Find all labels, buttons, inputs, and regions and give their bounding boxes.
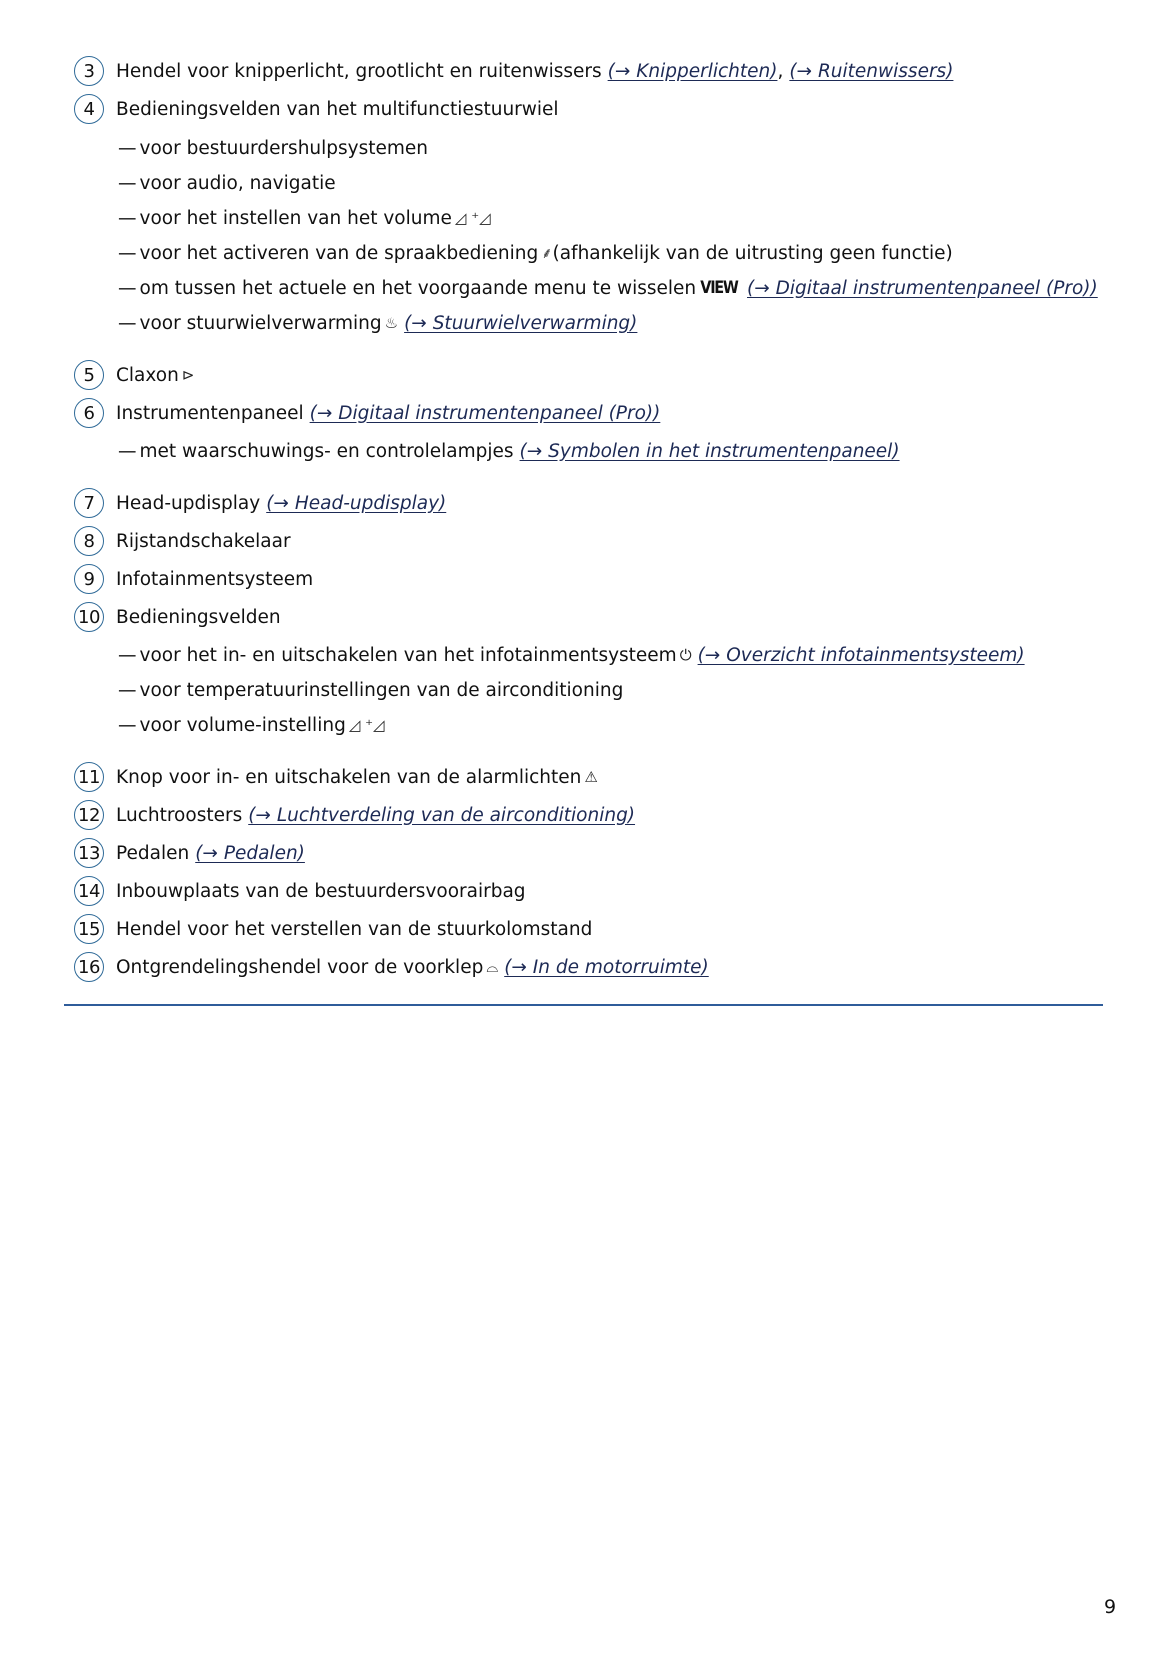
item-text: Ontgrendelingshendel voor de voorklep [116,957,483,978]
callout-number: 13 [74,838,104,868]
dash: — [118,441,137,462]
subitem-text: met waarschuwings- en controlelampjes [140,441,514,462]
callout-number: 5 [74,360,104,390]
subitem: — voor bestuurdershulpsystemen [118,131,428,165]
callout-number: 16 [74,952,104,982]
subitem-text: voor audio, navigatie [140,173,336,194]
link-digitaal-instrumentenpaneel[interactable]: (→ Digitaal instrumentenpaneel (Pro)) [310,403,661,424]
subitem-suffix: (afhankelijk van de uitrusting geen func… [553,243,953,264]
link-motorruimte[interactable]: (→ In de motorruimte) [504,957,709,978]
legend-item-5: 5 Claxon ⊳ [74,358,194,392]
item-text: Inbouwplaats van de bestuurdersvoorairba… [116,881,526,902]
callout-number: 11 [74,762,104,792]
item-text: Luchtroosters [116,805,242,826]
dash: — [118,715,137,736]
legend-item-11: 11 Knop voor in- en uitschakelen van de … [74,760,598,794]
legend-item-9: 9 Infotainmentsysteem [74,562,313,596]
dash: — [118,278,137,299]
callout-number: 12 [74,800,104,830]
dash: — [118,680,137,701]
hazard-warning-icon: ⚠ [584,768,597,786]
legend-item-15: 15 Hendel voor het verstellen van de stu… [74,912,592,946]
item-text: Rijstandschakelaar [116,531,291,552]
link-separator: , [777,61,783,82]
volume-down-up-icon: ◿ ⁺◿ [455,209,491,227]
section-divider [64,1004,1103,1006]
subitem: — voor het instellen van het volume ◿ ⁺◿ [118,201,491,235]
subitem: — voor audio, navigatie [118,166,336,200]
link-overzicht-infotainmentsysteem[interactable]: (→ Overzicht infotainmentsysteem) [698,645,1025,666]
subitem-text: voor temperatuurinstellingen van de airc… [140,680,624,701]
dash: — [118,645,137,666]
dash: — [118,173,137,194]
subitem: — voor temperatuurinstellingen van de ai… [118,673,623,707]
callout-number: 14 [74,876,104,906]
legend-item-3: 3 Hendel voor knipperlicht, grootlicht e… [74,54,953,88]
link-stuurwielverwarming[interactable]: (→ Stuurwielverwarming) [404,313,637,334]
subitem-text: voor het activeren van de spraakbedienin… [140,243,539,264]
dash: — [118,138,137,159]
subitem-text: om tussen het actuele en het voorgaande … [140,278,697,299]
subitem: — met waarschuwings- en controlelampjes … [118,434,900,468]
callout-number: 15 [74,914,104,944]
subitem-text: voor bestuurdershulpsystemen [140,138,429,159]
callout-number: 10 [74,602,104,632]
steering-wheel-heating-icon: ♨ [385,314,398,332]
link-knipperlichten[interactable]: (→ Knipperlichten) [608,61,778,82]
page-number: 9 [1104,1596,1116,1618]
legend-item-12: 12 Luchtroosters (→ Luchtverdeling van d… [74,798,635,832]
callout-number: 4 [74,94,104,124]
horn-icon: ⊳ [182,366,195,384]
subitem: — voor volume-instelling ◿ ⁺◿ [118,708,385,742]
subitem-text: voor stuurwielverwarming [140,313,382,334]
link-pedalen[interactable]: (→ Pedalen) [195,843,305,864]
legend-item-4: 4 Bedieningsvelden van het multifuncties… [74,92,559,126]
subitem: — voor het activeren van de spraakbedien… [118,236,953,270]
item-text: Bedieningsvelden [116,607,281,628]
link-symbolen-instrumentenpaneel[interactable]: (→ Symbolen in het instrumentenpaneel) [520,441,900,462]
item-text: Head-updisplay [116,493,260,514]
legend-item-14: 14 Inbouwplaats van de bestuurdersvoorai… [74,874,526,908]
dash: — [118,208,137,229]
callout-number: 8 [74,526,104,556]
legend-item-6: 6 Instrumentenpaneel (→ Digitaal instrum… [74,396,660,430]
legend-item-7: 7 Head-updisplay (→ Head-updisplay) [74,486,446,520]
view-button-icon: VIEW [700,278,737,298]
item-text: Infotainmentsysteem [116,569,313,590]
item-text: Instrumentenpaneel [116,403,304,424]
item-text: Bedieningsvelden van het multifunctiestu… [116,99,559,120]
callout-number: 3 [74,56,104,86]
hood-release-icon: ⌓ [486,958,498,976]
subitem: — om tussen het actuele en het voorgaand… [118,271,1098,305]
subitem-text: voor volume-instelling [140,715,346,736]
subitem-text: voor het instellen van het volume [140,208,452,229]
item-text: Hendel voor knipperlicht, grootlicht en … [116,61,602,82]
dash: — [118,313,137,334]
power-icon: ⏻ [680,646,692,664]
link-luchtverdeling[interactable]: (→ Luchtverdeling van de airconditioning… [248,805,635,826]
volume-down-up-icon: ◿ ⁺◿ [349,716,385,734]
subitem: — voor het in- en uitschakelen van het i… [118,638,1025,672]
subitem-text: voor het in- en uitschakelen van het inf… [140,645,677,666]
legend-item-10: 10 Bedieningsvelden [74,600,281,634]
legend-item-13: 13 Pedalen (→ Pedalen) [74,836,305,870]
manual-page: 3 Hendel voor knipperlicht, grootlicht e… [0,0,1165,1653]
item-text: Knop voor in- en uitschakelen van de ala… [116,767,581,788]
link-digitaal-instrumentenpaneel[interactable]: (→ Digitaal instrumentenpaneel (Pro)) [747,278,1098,299]
callout-number: 6 [74,398,104,428]
callout-number: 9 [74,564,104,594]
legend-item-8: 8 Rijstandschakelaar [74,524,291,558]
subitem: — voor stuurwielverwarming ♨ (→ Stuurwie… [118,306,637,340]
callout-number: 7 [74,488,104,518]
item-text: Pedalen [116,843,189,864]
link-head-updisplay[interactable]: (→ Head-updisplay) [266,493,446,514]
item-text: Hendel voor het verstellen van de stuurk… [116,919,592,940]
voice-control-icon: ⸙ [541,243,552,263]
legend-item-16: 16 Ontgrendelingshendel voor de voorklep… [74,950,709,984]
item-text: Claxon [116,365,179,386]
dash: — [118,243,137,264]
link-ruitenwissers[interactable]: (→ Ruitenwissers) [789,61,953,82]
